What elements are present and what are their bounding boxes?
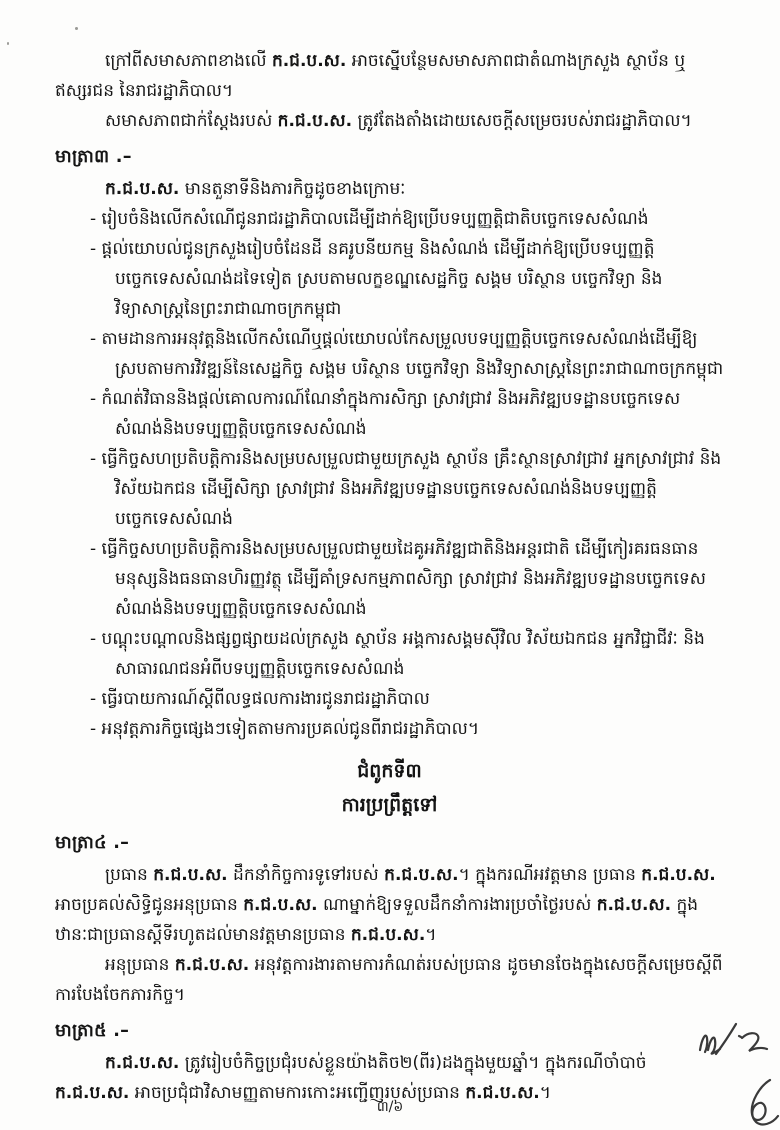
scanned-document-page: ក្រៅពីសមាសភាពខាងលើ ក.ជ.ប.ស. អាចស្នើបន្ថែ… xyxy=(0,0,780,1130)
bullet-text: ធ្វើរបាយការណ៍ស្ដីពីលទ្ធផលការងារជូនរាជរដ្… xyxy=(102,689,430,709)
bullet-text: ផ្តល់យោបល់ជូនក្រសួងរៀបចំដែនដី នគរូបនីយកម… xyxy=(102,239,663,319)
bullet-text: រៀបចំនិងលើកសំណើជូនរាជរដ្ឋាភិបាលដើម្បីដាក… xyxy=(102,209,649,229)
bullet-text: ធ្វើកិច្ចសហប្រតិបត្តិការនិងសម្របសម្រួលជា… xyxy=(102,449,722,529)
bullet-dash: - xyxy=(90,209,102,229)
body-paragraph: ក្រៅពីសមាសភាពខាងលើ ក.ជ.ប.ស. អាចស្នើបន្ថែ… xyxy=(55,46,724,106)
bullet-dash: - xyxy=(90,389,102,409)
article-heading: មាត្រា៣ .– xyxy=(55,142,724,172)
bullet-dash: - xyxy=(90,689,102,709)
committee-abbreviation: ក.ជ.ប.ស. xyxy=(384,865,458,885)
bullet-text: តាមដានការអនុវត្តនិងលើកសំណើឬផ្តល់យោបល់កែស… xyxy=(102,329,724,379)
body-paragraph: ក.ជ.ប.ស. មានតួនាទីនិងភារកិច្ចដូចខាងក្រោម… xyxy=(55,174,724,204)
duty-bullet-item: - ផ្តល់យោបល់ជូនក្រសួងរៀបចំដែនដី នគរូបនីយ… xyxy=(55,234,724,324)
chapter-heading: ជំពូកទី៣ xyxy=(55,754,724,788)
committee-abbreviation: ក.ជ.ប.ស. xyxy=(351,925,425,945)
bullet-dash: - xyxy=(90,719,102,739)
committee-abbreviation: ក.ជ.ប.ស. xyxy=(597,895,671,915)
committee-abbreviation: ក.ជ.ប.ស. xyxy=(641,865,715,885)
chapter-heading: ការប្រព្រឹត្តទៅ xyxy=(55,788,724,822)
duty-bullet-item: - កំណត់វិធាននិងផ្តល់គោលការណ៍ណែនាំក្នុងកា… xyxy=(55,384,724,444)
duty-bullet-item: - ធ្វើកិច្ចសហប្រតិបត្តិការនិងសម្របសម្រួល… xyxy=(55,444,724,534)
bullet-dash: - xyxy=(90,629,102,649)
bullet-text: ធ្វើកិច្ចសហប្រតិបត្តិការនិងសម្របសម្រួលជា… xyxy=(102,539,706,619)
committee-abbreviation: ក.ជ.ប.ស. xyxy=(243,895,317,915)
scan-speck xyxy=(75,27,78,30)
bullet-dash: - xyxy=(90,329,102,349)
handwritten-corner-mark xyxy=(736,1076,780,1130)
duty-bullet-item: - ធ្វើរបាយការណ៍ស្ដីពីលទ្ធផលការងារជូនរាជរ… xyxy=(55,684,724,714)
document-content: ក្រៅពីសមាសភាពខាងលើ ក.ជ.ប.ស. អាចស្នើបន្ថែ… xyxy=(55,46,724,1108)
article-heading: មាត្រា៤ .– xyxy=(55,828,724,858)
body-paragraph: អនុប្រធាន ក.ជ.ប.ស. អនុវត្តការងារតាមការកំ… xyxy=(55,950,724,1010)
bullet-dash: - xyxy=(90,239,102,259)
committee-abbreviation: ក.ជ.ប.ស. xyxy=(278,111,352,131)
bullet-dash: - xyxy=(90,539,102,559)
duty-bullet-item: - ធ្វើកិច្ចសហប្រតិបត្តិការនិងសម្របសម្រួល… xyxy=(55,534,724,624)
committee-abbreviation: ក.ជ.ប.ស. xyxy=(153,865,227,885)
bullet-text: កំណត់វិធាននិងផ្តល់គោលការណ៍ណែនាំក្នុងការស… xyxy=(102,389,681,439)
scan-speck xyxy=(7,42,9,45)
bullet-text: បណ្តុះបណ្តាលនិងផ្សព្វផ្សាយដល់ក្រសួង ស្ថា… xyxy=(102,629,705,679)
committee-abbreviation: ក.ជ.ប.ស. xyxy=(272,51,346,71)
article-heading: មាត្រា៥ .– xyxy=(55,1016,724,1046)
handwritten-initials-mark xyxy=(692,1016,778,1072)
duty-bullet-item: - បណ្តុះបណ្តាលនិងផ្សព្វផ្សាយដល់ក្រសួង ស្… xyxy=(55,624,724,684)
page-number: ៣/៦ xyxy=(0,1097,780,1118)
duty-bullet-item: - រៀបចំនិងលើកសំណើជូនរាជរដ្ឋាភិបាលដើម្បីដ… xyxy=(55,204,724,234)
committee-abbreviation: ក.ជ.ប.ស. xyxy=(105,179,179,199)
bullet-dash: - xyxy=(90,449,102,469)
body-paragraph: សមាសភាពជាក់ស្ដែងរបស់ ក.ជ.ប.ស. ត្រូវតែងតា… xyxy=(55,106,724,136)
duty-bullet-item: - តាមដានការអនុវត្តនិងលើកសំណើឬផ្តល់យោបល់ក… xyxy=(55,324,724,384)
duty-bullet-item: - អនុវត្តភារកិច្ចផ្សេងៗទៀតតាមការប្រគល់ជូ… xyxy=(55,714,724,744)
committee-abbreviation: ក.ជ.ប.ស. xyxy=(105,1053,179,1073)
committee-abbreviation: ក.ជ.ប.ស. xyxy=(175,955,249,975)
body-paragraph: ប្រធាន ក.ជ.ប.ស. ដឹកនាំកិច្ចការទូទៅរបស់ ក… xyxy=(55,860,724,950)
bullet-text: អនុវត្តភារកិច្ចផ្សេងៗទៀតតាមការប្រគល់ជូនព… xyxy=(102,719,480,739)
